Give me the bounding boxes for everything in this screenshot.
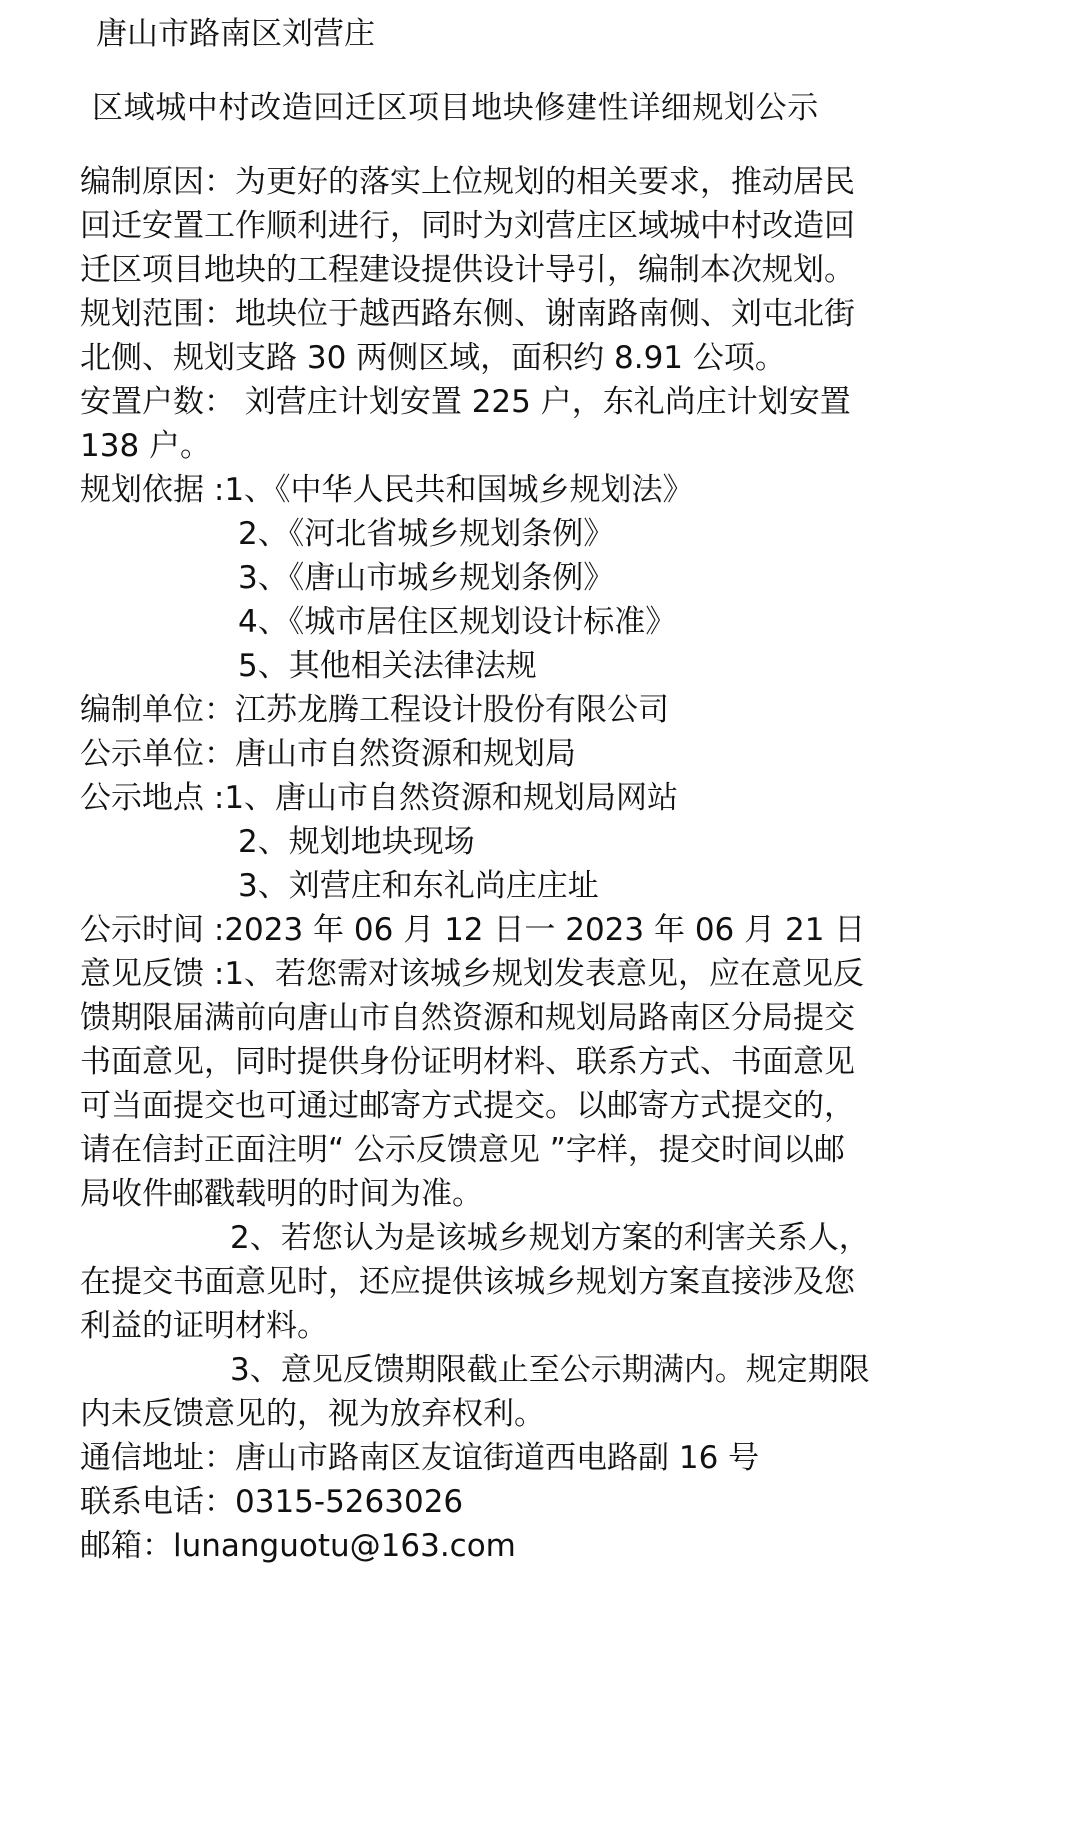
feedback-item1-line: 可当面提交也可通过邮寄方式提交。以邮寄方式提交的， bbox=[80, 1084, 1000, 1128]
basis-line-1: 规划依据 :1、《中华人民共和国城乡规划法》 bbox=[80, 468, 1000, 512]
households-line-1: 安置户数： 刘营庄计划安置 225 户，东礼尚庄计划安置 bbox=[80, 380, 1000, 424]
period-line: 公示时间 :2023 年 06 月 12 日一 2023 年 06 月 21 日 bbox=[80, 908, 1000, 952]
phone-value: 0315-5263026 bbox=[235, 1484, 463, 1520]
basis-item: 3、《唐山市城乡规划条例》 bbox=[80, 556, 1000, 600]
publisher-label: 公示单位： bbox=[80, 736, 235, 772]
feedback-item1-line: 局收件邮戳载明的时间为准。 bbox=[80, 1172, 1000, 1216]
feedback-item2-line: 利益的证明材料。 bbox=[80, 1304, 1000, 1348]
period-label: 公示时间 : bbox=[80, 912, 224, 948]
period-value: 2023 年 06 月 12 日一 2023 年 06 月 21 日 bbox=[224, 912, 865, 948]
scope-line-2: 北侧、规划支路 30 两侧区域，面积约 8.91 公项。 bbox=[80, 336, 1000, 380]
reason-line-2: 回迁安置工作顺利进行，同时为刘营庄区域城中村改造回 bbox=[80, 204, 1000, 248]
compiler-label: 编制单位： bbox=[80, 692, 235, 728]
feedback-item1-line: 书面意见，同时提供身份证明材料、联系方式、书面意见 bbox=[80, 1040, 1000, 1084]
publisher-value: 唐山市自然资源和规划局 bbox=[235, 736, 576, 772]
notice-body: 编制原因：为更好的落实上位规划的相关要求，推动居民 回迁安置工作顺利进行，同时为… bbox=[80, 160, 1000, 1568]
phone-label: 联系电话： bbox=[80, 1484, 235, 1520]
notice-page: 唐山市路南区刘营庄 区域城中村改造回迁区项目地块修建性详细规划公示 编制原因：为… bbox=[0, 0, 1080, 1829]
reason-line-1: 编制原因：为更好的落实上位规划的相关要求，推动居民 bbox=[80, 160, 1000, 204]
basis-label: 规划依据 : bbox=[80, 472, 224, 508]
feedback-item1-line: 馈期限届满前向唐山市自然资源和规划局路南区分局提交 bbox=[80, 996, 1000, 1040]
compiler-value: 江苏龙腾工程设计股份有限公司 bbox=[235, 692, 669, 728]
feedback-item2-line: 2、若您认为是该城乡规划方案的利害关系人， bbox=[80, 1216, 1000, 1260]
feedback-item3-line: 3、意见反馈期限截止至公示期满内。规定期限 bbox=[80, 1348, 1000, 1392]
feedback-label: 意见反馈 : bbox=[80, 956, 224, 992]
locations-label: 公示地点 : bbox=[80, 780, 224, 816]
title-line-1: 唐山市路南区刘营庄 bbox=[96, 12, 375, 56]
basis-item: 1、《中华人民共和国城乡规划法》 bbox=[224, 472, 693, 508]
location-item: 3、刘营庄和东礼尚庄庄址 bbox=[80, 864, 1000, 908]
compiler-line: 编制单位：江苏龙腾工程设计股份有限公司 bbox=[80, 688, 1000, 732]
email-line: 邮箱：lunanguotu@163.com bbox=[80, 1524, 1000, 1568]
basis-item: 2、《河北省城乡规划条例》 bbox=[80, 512, 1000, 556]
feedback-line-1: 意见反馈 :1、若您需对该城乡规划发表意见，应在意见反 bbox=[80, 952, 1000, 996]
scope-label: 规划范围： bbox=[80, 296, 235, 332]
feedback-item2-line: 在提交书面意见时，还应提供该城乡规划方案直接涉及您 bbox=[80, 1260, 1000, 1304]
location-item: 1、唐山市自然资源和规划局网站 bbox=[224, 780, 678, 816]
address-label: 通信地址： bbox=[80, 1440, 235, 1476]
scope-line-1: 规划范围：地块位于越西路东侧、谢南路南侧、刘屯北街 bbox=[80, 292, 1000, 336]
basis-item: 4、《城市居住区规划设计标准》 bbox=[80, 600, 1000, 644]
title-line-2: 区域城中村改造回迁区项目地块修建性详细规划公示 bbox=[92, 86, 819, 130]
basis-item: 5、其他相关法律法规 bbox=[80, 644, 1000, 688]
email-value: lunanguotu@163.com bbox=[173, 1528, 516, 1564]
feedback-item3-line: 内未反馈意见的，视为放弃权利。 bbox=[80, 1392, 1000, 1436]
publisher-line: 公示单位：唐山市自然资源和规划局 bbox=[80, 732, 1000, 776]
reason-line-3: 迁区项目地块的工程建设提供设计导引，编制本次规划。 bbox=[80, 248, 1000, 292]
phone-line: 联系电话：0315-5263026 bbox=[80, 1480, 1000, 1524]
locations-line-1: 公示地点 :1、唐山市自然资源和规划局网站 bbox=[80, 776, 1000, 820]
reason-label: 编制原因： bbox=[80, 164, 235, 200]
email-label: 邮箱： bbox=[80, 1528, 173, 1564]
address-line: 通信地址：唐山市路南区友谊街道西电路副 16 号 bbox=[80, 1436, 1000, 1480]
address-value: 唐山市路南区友谊街道西电路副 16 号 bbox=[235, 1440, 759, 1476]
location-item: 2、规划地块现场 bbox=[80, 820, 1000, 864]
feedback-item1-line: 请在信封正面注明“ 公示反馈意见 ”字样，提交时间以邮 bbox=[80, 1128, 1000, 1172]
households-line-2: 138 户。 bbox=[80, 424, 1000, 468]
households-label: 安置户数： bbox=[80, 384, 235, 420]
